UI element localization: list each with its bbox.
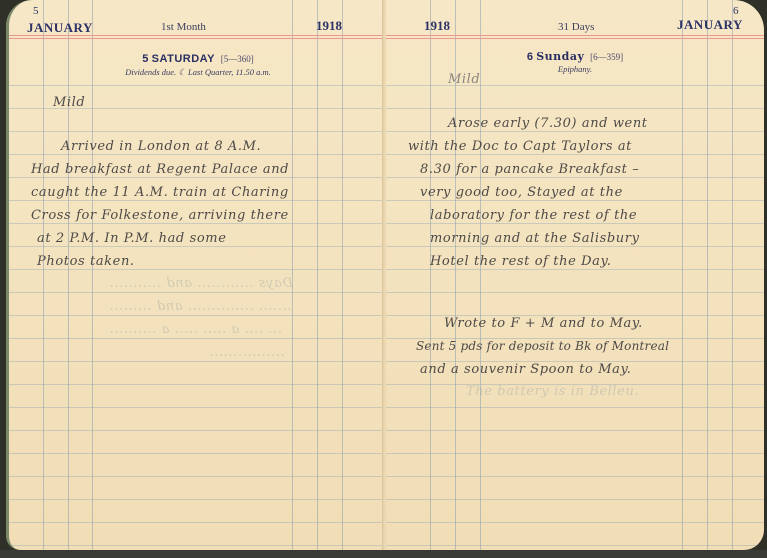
- entry-line: caught the 11 A.M. train at Charing: [31, 181, 289, 204]
- entry-line: Had breakfast at Regent Palace and: [31, 158, 289, 181]
- entry-line: Arose early (7.30) and went: [448, 112, 648, 135]
- bleed-through-text: ....... .............. and .........: [109, 295, 291, 318]
- month-label: JANUARY: [677, 17, 743, 33]
- weather-note: Mild: [53, 91, 85, 114]
- entry-line: laboratory for the rest of the: [430, 204, 637, 227]
- diary-spread: 5 JANUARY 1st Month 1918 5 SATURDAY [5—3…: [0, 0, 767, 550]
- day-note: Dividends due. ☾ Last Quarter, 11.50 a.m…: [9, 67, 387, 78]
- entry-line: Hotel the rest of the Day.: [430, 250, 611, 273]
- entry-line: very good too, Stayed at the: [420, 181, 623, 204]
- day-number: 5: [142, 53, 149, 65]
- entry-line: Photos taken.: [37, 250, 135, 273]
- red-header-rule: [386, 35, 764, 39]
- table-surface: [0, 550, 767, 558]
- month-label: JANUARY: [27, 20, 93, 36]
- entry-line: Cross for Folkestone, arriving there: [31, 204, 289, 227]
- bleed-through-text: The battery is in Belleu.: [466, 380, 639, 403]
- page-number: 6: [733, 5, 739, 17]
- left-page: 5 JANUARY 1st Month 1918 5 SATURDAY [5—3…: [6, 0, 387, 550]
- page-number: 5: [33, 5, 39, 17]
- right-page: 1918 31 Days 6 JANUARY 6 Sunday [6—359] …: [386, 0, 764, 550]
- entry-line: and a souvenir Spoon to May.: [420, 358, 631, 381]
- month-index: 1st Month: [161, 21, 206, 33]
- year-label: 1918: [424, 18, 450, 34]
- bleed-through-text: ... .... a ..... ..... a ..........: [109, 318, 282, 341]
- days-in-month: 31 Days: [558, 21, 594, 33]
- entry-line: Arrived in London at 8 A.M.: [61, 135, 261, 158]
- day-name: Sunday: [536, 50, 584, 63]
- day-name: SATURDAY: [152, 53, 215, 65]
- day-count: [5—360]: [221, 54, 254, 64]
- entry-line: Wrote to F + M and to May.: [444, 312, 643, 335]
- entry-line: morning and at the Salisbury: [430, 227, 640, 250]
- day-note: Epiphany.: [386, 64, 764, 74]
- bleed-through-text: Days ............ and ...........: [109, 272, 293, 295]
- day-heading: 5 SATURDAY [5—360]: [9, 53, 387, 65]
- bleed-through-text: ................: [209, 341, 285, 364]
- entry-line: with the Doc to Capt Taylors at: [408, 135, 632, 158]
- entry-line: at 2 P.M. In P.M. had some: [37, 227, 227, 250]
- entry-line: 8.30 for a pancake Breakfast –: [420, 158, 639, 181]
- weather-note: Mild: [448, 68, 480, 91]
- entry-line: Sent 5 pds for deposit to Bk of Montreal: [416, 335, 669, 358]
- day-count: [6—359]: [590, 52, 623, 62]
- day-number: 6: [527, 51, 534, 63]
- year-label: 1918: [316, 18, 342, 34]
- day-heading: 6 Sunday [6—359]: [386, 50, 764, 63]
